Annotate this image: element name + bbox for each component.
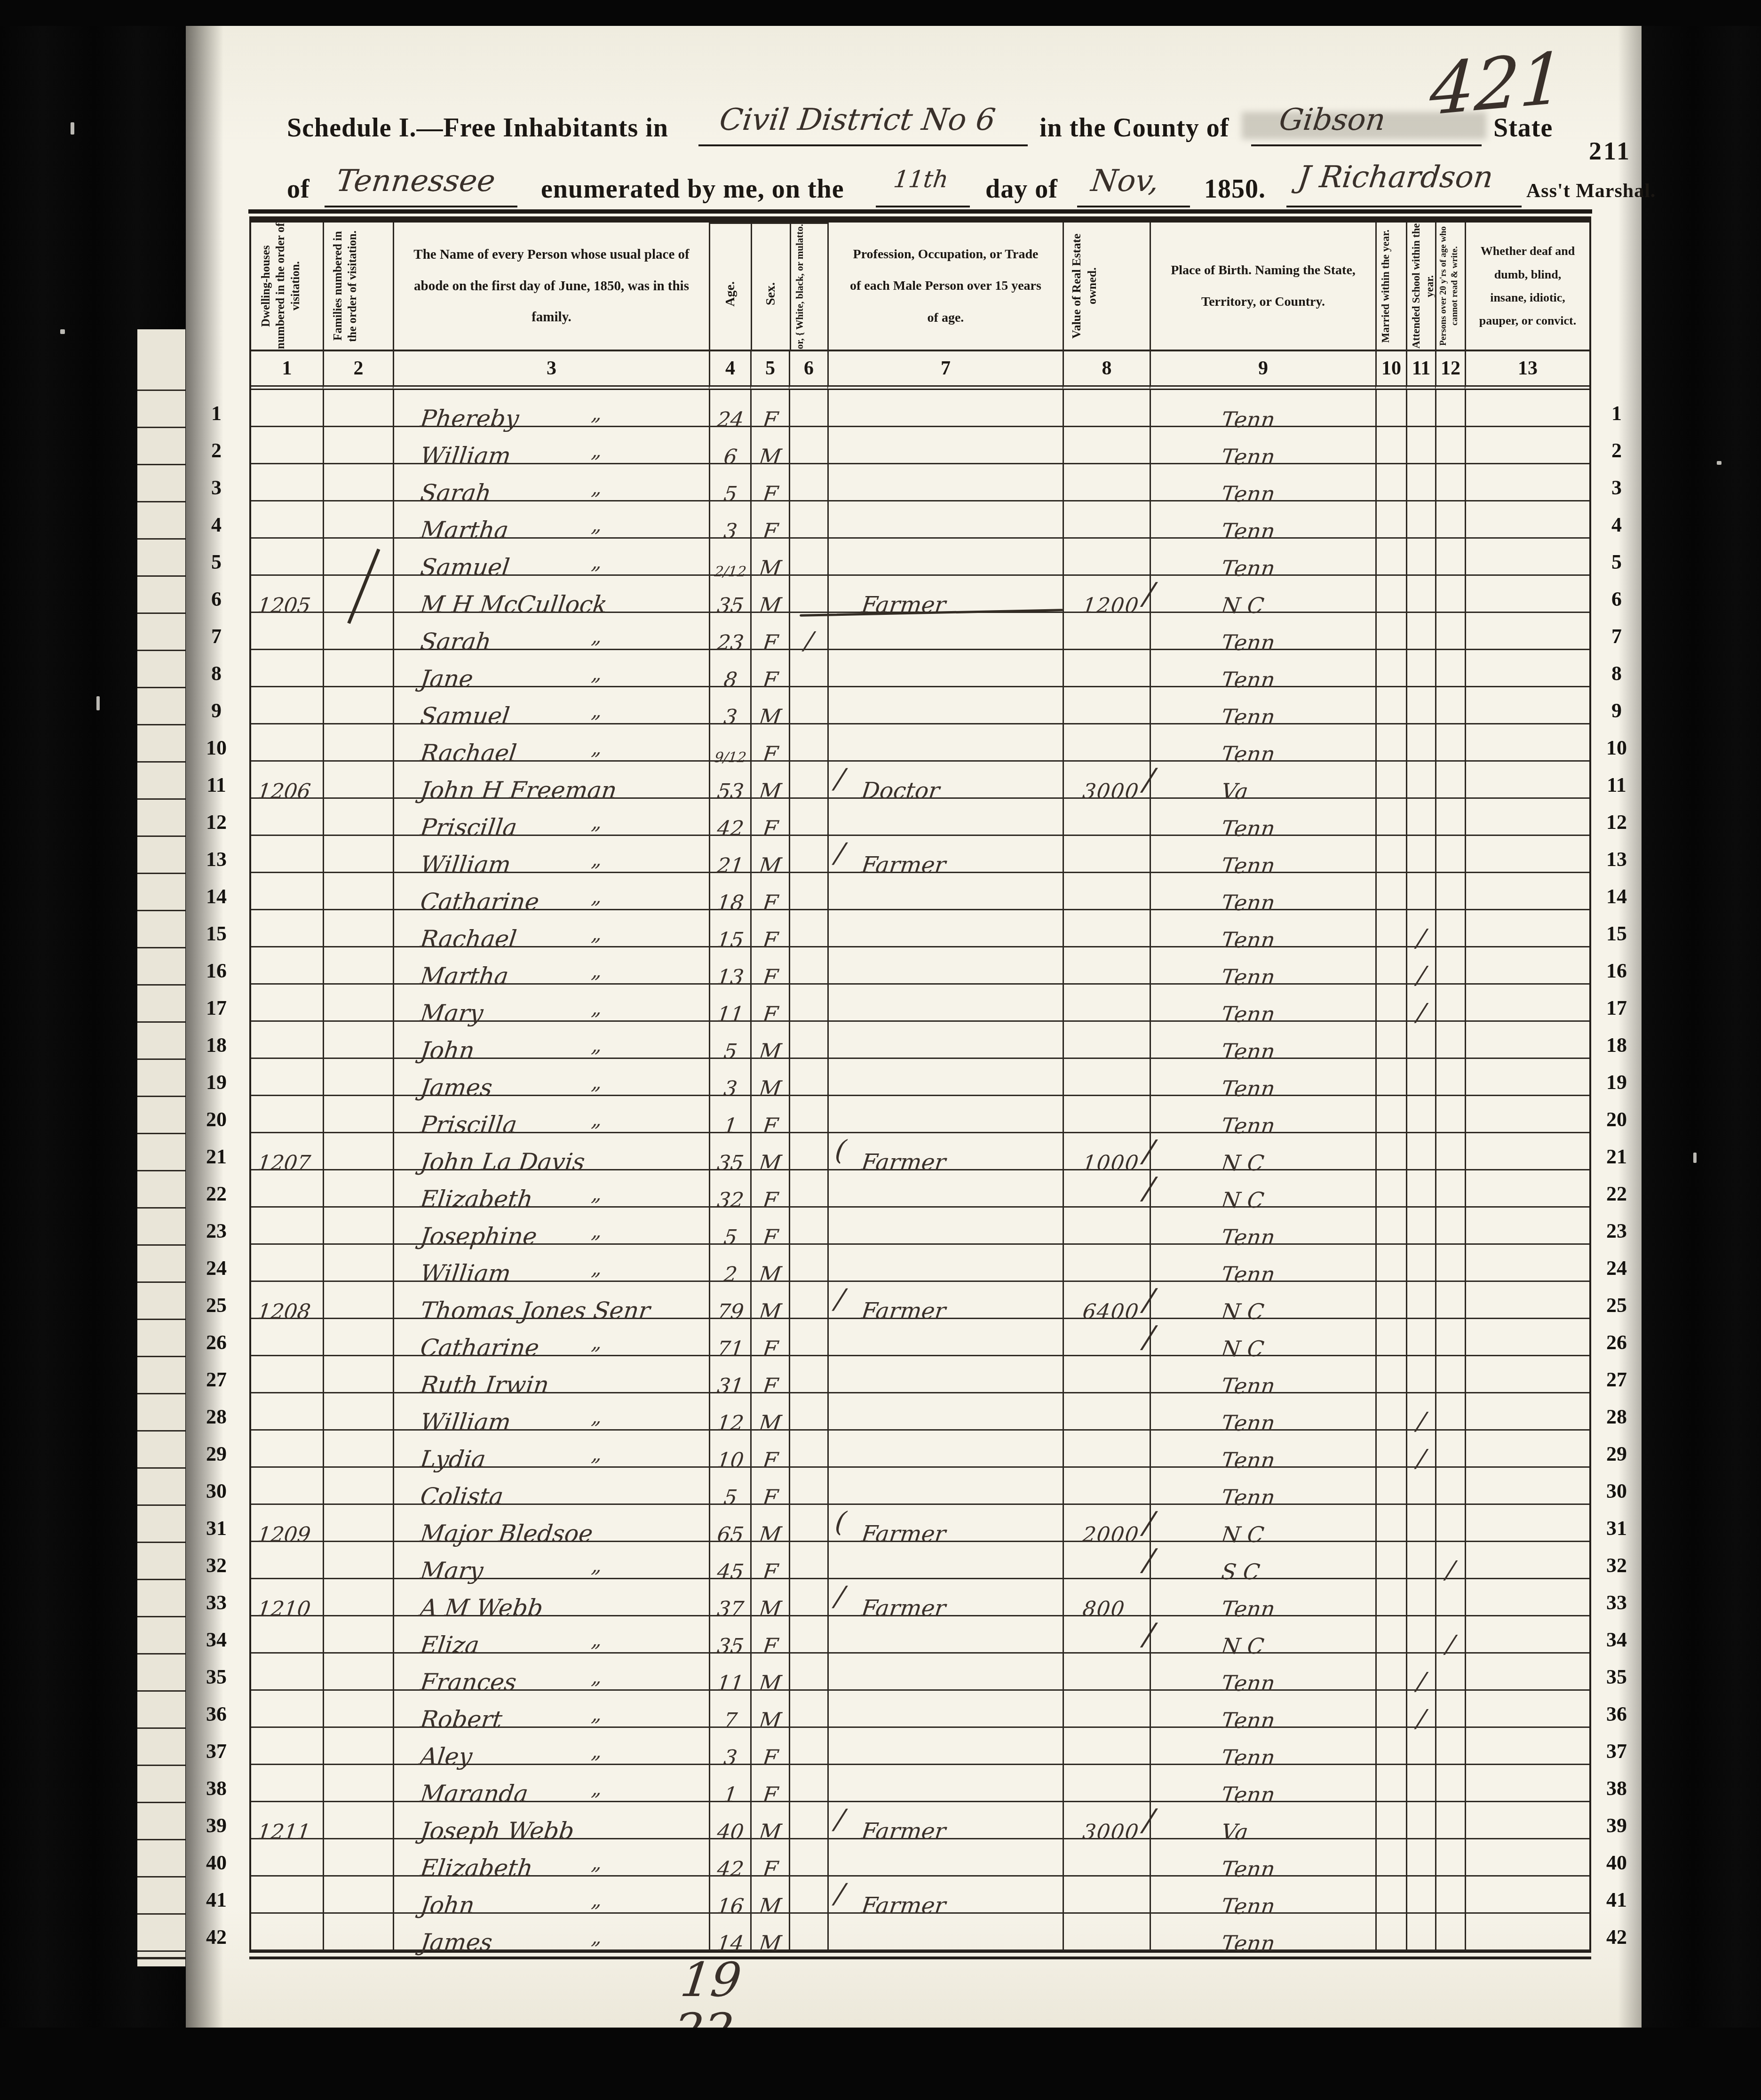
cell-birthplace: Tenn xyxy=(1150,1877,1375,1914)
cell-dwelling-number xyxy=(251,1728,323,1765)
left-line-number: 15 xyxy=(190,922,242,946)
cell-dwelling-number xyxy=(251,464,323,501)
right-line-number: 1 xyxy=(1591,401,1642,425)
ditto-mark: „ xyxy=(590,1108,603,1131)
cell-family-number xyxy=(323,427,393,464)
cell-remarks xyxy=(1465,1579,1589,1616)
cell-color xyxy=(789,1691,827,1728)
ladder-row-line xyxy=(137,724,185,725)
cell-remarks xyxy=(1465,650,1589,687)
cell-profession xyxy=(827,427,1063,464)
right-line-number: 40 xyxy=(1591,1851,1642,1875)
cell-dwelling-number xyxy=(251,873,323,910)
cell-cannot-read-write xyxy=(1435,1468,1465,1505)
census-table: Dwelling-houses numbered in the order of… xyxy=(249,216,1591,1953)
cell-color xyxy=(789,836,827,873)
ditto-mark: „ xyxy=(590,1331,603,1354)
cell-cannot-read-write xyxy=(1435,1319,1465,1356)
cell-cannot-read-write xyxy=(1435,1208,1465,1245)
right-line-number: 11 xyxy=(1591,773,1642,797)
cell-age: 53 xyxy=(709,762,750,799)
cell-name: Samuel „ xyxy=(393,539,709,576)
cell-real-estate-value xyxy=(1063,613,1150,650)
cell-real-estate-value: 1000 / xyxy=(1063,1133,1150,1170)
column-number: 4 xyxy=(709,351,750,390)
ladder-row-line xyxy=(137,761,185,763)
cell-birthplace: N C xyxy=(1150,576,1375,613)
column-number-row: 12345678910111213 xyxy=(251,351,1589,390)
cell-age: 13 xyxy=(709,947,750,985)
cell-cannot-read-write xyxy=(1435,1877,1465,1914)
cell-birthplace: Tenn xyxy=(1150,1579,1375,1616)
left-line-number: 20 xyxy=(190,1107,242,1131)
cell-real-estate-value xyxy=(1063,1877,1150,1914)
cell-profession xyxy=(827,464,1063,501)
cell-attended-school: / xyxy=(1406,1431,1435,1468)
cell-dwelling-number xyxy=(251,724,323,762)
cell-name: Mary „ xyxy=(393,985,709,1022)
cell-profession xyxy=(827,1839,1063,1877)
cell-married-within-year xyxy=(1375,799,1406,836)
cell-name: Phereby „ xyxy=(393,390,709,427)
cell-birthplace: Tenn xyxy=(1150,650,1375,687)
cell-attended-school xyxy=(1406,1877,1435,1914)
cell-name: Rachael „ xyxy=(393,724,709,762)
day-handwritten: 11th xyxy=(892,166,950,193)
cell-attended-school xyxy=(1406,1208,1435,1245)
cell-birthplace: Tenn xyxy=(1150,1393,1375,1431)
ditto-mark: „ xyxy=(590,402,603,425)
ladder-row-line xyxy=(137,612,185,614)
cell-color xyxy=(789,1877,827,1914)
cell-real-estate-value xyxy=(1063,650,1150,687)
cell-age: 3 xyxy=(709,687,750,724)
cell-remarks xyxy=(1465,687,1589,724)
column-number: 7 xyxy=(827,351,1063,390)
cell-attended-school xyxy=(1406,1765,1435,1802)
cell-remarks xyxy=(1465,1802,1589,1839)
right-line-number: 16 xyxy=(1591,959,1642,983)
cell-married-within-year xyxy=(1375,1802,1406,1839)
col-group-description: Description. Age. Sex. Color, { White, b… xyxy=(709,223,827,351)
cell-color xyxy=(789,762,827,799)
column-number: 9 xyxy=(1150,351,1375,390)
cell-real-estate-value xyxy=(1063,873,1150,910)
left-line-number: 9 xyxy=(190,699,242,723)
left-line-number: 31 xyxy=(190,1516,242,1540)
left-line-number: 32 xyxy=(190,1553,242,1577)
ditto-mark: „ xyxy=(590,1442,603,1465)
cell-color xyxy=(789,1356,827,1393)
cell-age: 16 xyxy=(709,1877,750,1914)
cell-birthplace: N C xyxy=(1150,1133,1375,1170)
cell-age: 15 xyxy=(709,910,750,947)
cell-age: 1 xyxy=(709,1096,750,1133)
cell-color xyxy=(789,539,827,576)
left-line-number: 38 xyxy=(190,1776,242,1800)
cell-family-number xyxy=(323,1654,393,1691)
cell-family-number xyxy=(323,390,393,427)
cell-age: 12 xyxy=(709,1393,750,1431)
cell-color xyxy=(789,947,827,985)
cell-dwelling-number xyxy=(251,1208,323,1245)
cell-remarks xyxy=(1465,464,1589,501)
left-line-number: 23 xyxy=(190,1219,242,1243)
cell-real-estate-value xyxy=(1063,1245,1150,1282)
cell-married-within-year xyxy=(1375,762,1406,799)
cell-age: 11 xyxy=(709,985,750,1022)
cell-remarks xyxy=(1465,1208,1589,1245)
cell-cannot-read-write xyxy=(1435,650,1465,687)
cell-name: Priscilla „ xyxy=(393,799,709,836)
cell-sex: M xyxy=(750,539,789,576)
left-line-number: 35 xyxy=(190,1665,242,1689)
cell-attended-school xyxy=(1406,1096,1435,1133)
ladder-row-line xyxy=(137,947,185,948)
cell-profession: / Farmer xyxy=(827,1282,1063,1319)
cell-name: Sarah „ xyxy=(393,613,709,650)
cell-cannot-read-write xyxy=(1435,464,1465,501)
cell-sex: M xyxy=(750,1022,789,1059)
ditto-mark: „ xyxy=(590,699,603,722)
ladder-row-line xyxy=(137,1207,185,1209)
cell-sex: M xyxy=(750,1691,789,1728)
cell-attended-school: / xyxy=(1406,947,1435,985)
cell-birthplace: Tenn xyxy=(1150,799,1375,836)
cell-age: 35 xyxy=(709,1616,750,1654)
cell-remarks xyxy=(1465,1691,1589,1728)
cell-age: 32 xyxy=(709,1170,750,1208)
cell-cannot-read-write xyxy=(1435,1170,1465,1208)
cell-cannot-read-write xyxy=(1435,427,1465,464)
right-line-number: 22 xyxy=(1591,1182,1642,1206)
ladder-row-line xyxy=(137,1281,185,1283)
column-number: 5 xyxy=(750,351,789,390)
cell-attended-school xyxy=(1406,873,1435,910)
cell-profession xyxy=(827,1616,1063,1654)
cell-real-estate-value: 6400 / xyxy=(1063,1282,1150,1319)
cell-married-within-year xyxy=(1375,650,1406,687)
cell-sex: M xyxy=(750,762,789,799)
cell-profession xyxy=(827,1914,1063,1951)
cell-real-estate-value: 3000 / xyxy=(1063,762,1150,799)
right-line-number: 7 xyxy=(1591,624,1642,648)
cell-real-estate-value xyxy=(1063,1022,1150,1059)
right-line-number: 5 xyxy=(1591,550,1642,574)
cell-sex: F xyxy=(750,873,789,910)
cell-color xyxy=(789,501,827,539)
cell-dwelling-number xyxy=(251,390,323,427)
county-label: in the County of xyxy=(1039,113,1229,143)
column-number: 8 xyxy=(1063,351,1150,390)
cell-sex: F xyxy=(750,1765,789,1802)
ladder-row-line xyxy=(137,1839,185,1840)
cell-profession xyxy=(827,1765,1063,1802)
cell-profession xyxy=(827,687,1063,724)
cell-name: Colista xyxy=(393,1468,709,1505)
cell-real-estate-value: 1200 / xyxy=(1063,576,1150,613)
cell-birthplace: Tenn xyxy=(1150,947,1375,985)
right-line-number: 8 xyxy=(1591,661,1642,685)
cell-married-within-year xyxy=(1375,1393,1406,1431)
cell-dwelling-number xyxy=(251,1022,323,1059)
cell-color xyxy=(789,464,827,501)
ditto-mark: „ xyxy=(590,922,603,945)
cell-dwelling-number xyxy=(251,1691,323,1728)
cell-dwelling-number xyxy=(251,501,323,539)
cell-sex: F xyxy=(750,1356,789,1393)
cell-remarks xyxy=(1465,947,1589,985)
day-of-label: day of xyxy=(985,174,1058,204)
cell-married-within-year xyxy=(1375,1096,1406,1133)
cell-married-within-year xyxy=(1375,1616,1406,1654)
cell-name: Martha „ xyxy=(393,947,709,985)
cell-remarks xyxy=(1465,724,1589,762)
ladder-row-line xyxy=(137,1133,185,1134)
cell-profession xyxy=(827,1059,1063,1096)
cell-profession xyxy=(827,1431,1063,1468)
cell-attended-school xyxy=(1406,501,1435,539)
right-line-number: 23 xyxy=(1591,1219,1642,1243)
cell-name: William „ xyxy=(393,1245,709,1282)
cell-color xyxy=(789,1579,827,1616)
cell-birthplace: Tenn xyxy=(1150,687,1375,724)
cell-age: 3 xyxy=(709,1059,750,1096)
cell-attended-school xyxy=(1406,687,1435,724)
cell-attended-school xyxy=(1406,1579,1435,1616)
cell-profession xyxy=(827,1654,1063,1691)
district-underline xyxy=(698,144,1028,146)
left-line-number: 24 xyxy=(190,1256,242,1280)
cell-birthplace: Tenn xyxy=(1150,1914,1375,1951)
right-line-number: 35 xyxy=(1591,1665,1642,1689)
cell-real-estate-value xyxy=(1063,464,1150,501)
cell-birthplace: Tenn xyxy=(1150,985,1375,1022)
ladder-row-line xyxy=(137,1170,185,1171)
left-line-number: 28 xyxy=(190,1405,242,1429)
cell-attended-school xyxy=(1406,613,1435,650)
right-line-number: 2 xyxy=(1591,438,1642,462)
cell-age: 35 xyxy=(709,1133,750,1170)
cell-attended-school xyxy=(1406,762,1435,799)
cell-age: 9/12 xyxy=(709,724,750,762)
cell-dwelling-number xyxy=(251,1839,323,1877)
sex-value: M xyxy=(758,1933,783,1954)
right-line-number: 32 xyxy=(1591,1553,1642,1577)
ditto-mark: „ xyxy=(590,1257,603,1280)
cell-sex: M xyxy=(750,687,789,724)
col-header-married: Married within the year. xyxy=(1375,223,1406,351)
ditto-mark: „ xyxy=(590,513,603,536)
left-line-number: 8 xyxy=(190,661,242,685)
cell-age: 7 xyxy=(709,1691,750,1728)
ditto-mark: „ xyxy=(590,1071,603,1094)
cell-real-estate-value xyxy=(1063,1765,1150,1802)
cell-profession xyxy=(827,1096,1063,1133)
cell-dwelling-number xyxy=(251,1542,323,1579)
cell-sex: F xyxy=(750,1319,789,1356)
cell-name: John „ xyxy=(393,1022,709,1059)
ladder-row-line xyxy=(137,1058,185,1060)
ditto-mark: „ xyxy=(590,811,603,834)
ladder-row-line xyxy=(137,798,185,800)
cell-real-estate-value xyxy=(1063,687,1150,724)
cell-cannot-read-write xyxy=(1435,1728,1465,1765)
right-line-number: 42 xyxy=(1591,1925,1642,1949)
cell-sex: M xyxy=(750,1579,789,1616)
year-label: 1850. xyxy=(1204,174,1266,204)
col-header-value: Value of Real Estate owned. xyxy=(1063,223,1150,351)
cell-real-estate-value xyxy=(1063,539,1150,576)
col-header-age: Age. xyxy=(710,224,751,351)
left-line-number: 40 xyxy=(190,1851,242,1875)
cell-remarks xyxy=(1465,1096,1589,1133)
signature-underline xyxy=(1286,206,1522,207)
ladder-row-line xyxy=(137,1579,185,1580)
cell-birthplace: Tenn xyxy=(1150,1245,1375,1282)
cell-birthplace: Tenn xyxy=(1150,1022,1375,1059)
cell-married-within-year xyxy=(1375,985,1406,1022)
cell-name: William „ xyxy=(393,427,709,464)
cell-family-number xyxy=(323,1691,393,1728)
cell-profession xyxy=(827,799,1063,836)
cell-birthplace: N C xyxy=(1150,1170,1375,1208)
cell-sex: F xyxy=(750,985,789,1022)
cell-married-within-year xyxy=(1375,1059,1406,1096)
cell-cannot-read-write xyxy=(1435,799,1465,836)
cell-married-within-year xyxy=(1375,501,1406,539)
left-line-number: 16 xyxy=(190,959,242,983)
cell-profession: / Farmer xyxy=(827,836,1063,873)
cell-dwelling-number: 1209 xyxy=(251,1505,323,1542)
cell-married-within-year xyxy=(1375,947,1406,985)
cell-attended-school: / xyxy=(1406,1654,1435,1691)
cell-profession xyxy=(827,539,1063,576)
cell-name: Joseph Webb xyxy=(393,1802,709,1839)
cell-attended-school xyxy=(1406,1914,1435,1951)
cell-name: Lydia „ xyxy=(393,1431,709,1468)
cell-birthplace: Tenn xyxy=(1150,1691,1375,1728)
cell-age: 2/12 xyxy=(709,539,750,576)
cell-sex: F xyxy=(750,1208,789,1245)
right-line-number: 41 xyxy=(1591,1888,1642,1912)
cell-cannot-read-write xyxy=(1435,910,1465,947)
cell-age: 18 xyxy=(709,873,750,910)
cell-attended-school xyxy=(1406,799,1435,836)
cell-real-estate-value xyxy=(1063,1208,1150,1245)
cell-color xyxy=(789,650,827,687)
cell-real-estate-value: 800 xyxy=(1063,1579,1150,1616)
film-bottom-bar xyxy=(0,2028,1761,2100)
cell-age: 5 xyxy=(709,1468,750,1505)
cell-profession: Farmer xyxy=(827,576,1063,613)
cell-color xyxy=(789,390,827,427)
cell-real-estate-value xyxy=(1063,1096,1150,1133)
cell-profession xyxy=(827,1393,1063,1431)
cell-dwelling-number xyxy=(251,1616,323,1654)
cell-color xyxy=(789,1208,827,1245)
cell-dwelling-number xyxy=(251,1765,323,1802)
cell-family-number xyxy=(323,1468,393,1505)
cell-name: Ruth Irwin xyxy=(393,1356,709,1393)
cell-color xyxy=(789,1616,827,1654)
cell-birthplace: Tenn xyxy=(1150,390,1375,427)
cell-remarks xyxy=(1465,910,1589,947)
cell-profession xyxy=(827,1728,1063,1765)
cell-profession: / Farmer xyxy=(827,1579,1063,1616)
cell-sex: F xyxy=(750,650,789,687)
cell-cannot-read-write xyxy=(1435,1245,1465,1282)
cell-color xyxy=(789,1914,827,1951)
cell-birthplace: Tenn xyxy=(1150,836,1375,873)
ditto-mark: „ xyxy=(590,736,603,759)
ladder-row-line xyxy=(137,427,185,428)
column-number: 2 xyxy=(323,351,393,390)
left-line-number: 17 xyxy=(190,996,242,1020)
cell-married-within-year xyxy=(1375,1728,1406,1765)
cell-profession xyxy=(827,650,1063,687)
cell-dwelling-number xyxy=(251,1319,323,1356)
cell-family-number xyxy=(323,873,393,910)
cell-attended-school: / xyxy=(1406,910,1435,947)
right-line-number: 20 xyxy=(1591,1107,1642,1131)
cell-color xyxy=(789,1096,827,1133)
cell-sex: F xyxy=(750,1431,789,1468)
cell-birthplace: Tenn xyxy=(1150,464,1375,501)
cell-remarks xyxy=(1465,1542,1589,1579)
cell-real-estate-value xyxy=(1063,836,1150,873)
left-line-number: 7 xyxy=(190,624,242,648)
cell-attended-school xyxy=(1406,724,1435,762)
left-line-number: 12 xyxy=(190,810,242,834)
cell-birthplace: Tenn xyxy=(1150,724,1375,762)
ladder-bottom-line xyxy=(137,1957,185,1959)
cell-dwelling-number xyxy=(251,1877,323,1914)
cell-sex: M xyxy=(750,1877,789,1914)
cell-dwelling-number xyxy=(251,985,323,1022)
cell-married-within-year xyxy=(1375,910,1406,947)
ditto-mark: „ xyxy=(590,439,603,462)
cell-family-number xyxy=(323,1245,393,1282)
cell-married-within-year xyxy=(1375,1468,1406,1505)
left-line-number: 42 xyxy=(190,1925,242,1949)
cell-remarks xyxy=(1465,1839,1589,1877)
ditto-mark: „ xyxy=(590,1851,603,1874)
cell-age: 3 xyxy=(709,1728,750,1765)
cell-family-number xyxy=(323,613,393,650)
cell-color xyxy=(789,1282,827,1319)
ditto-mark: „ xyxy=(590,476,603,499)
census-scan-stage: 421 211 Schedule I.—Free Inhabitants in … xyxy=(0,0,1761,2100)
cell-attended-school: / xyxy=(1406,985,1435,1022)
cell-cannot-read-write xyxy=(1435,1133,1465,1170)
county-underline xyxy=(1251,144,1482,146)
cell-attended-school xyxy=(1406,576,1435,613)
left-line-number: 39 xyxy=(190,1814,242,1837)
film-speck xyxy=(96,696,100,710)
right-line-number: 18 xyxy=(1591,1033,1642,1057)
cell-profession: / Farmer xyxy=(827,1877,1063,1914)
cell-remarks xyxy=(1465,1654,1589,1691)
cell-profession xyxy=(827,1691,1063,1728)
column-number: 3 xyxy=(393,351,709,390)
ladder-row-line xyxy=(137,1244,185,1246)
cell-name: Major Bledsoe xyxy=(393,1505,709,1542)
cell-dwelling-number xyxy=(251,1096,323,1133)
cell-married-within-year xyxy=(1375,539,1406,576)
cell-name: John H Freeman xyxy=(393,762,709,799)
cell-dwelling-number: 1211 xyxy=(251,1802,323,1839)
